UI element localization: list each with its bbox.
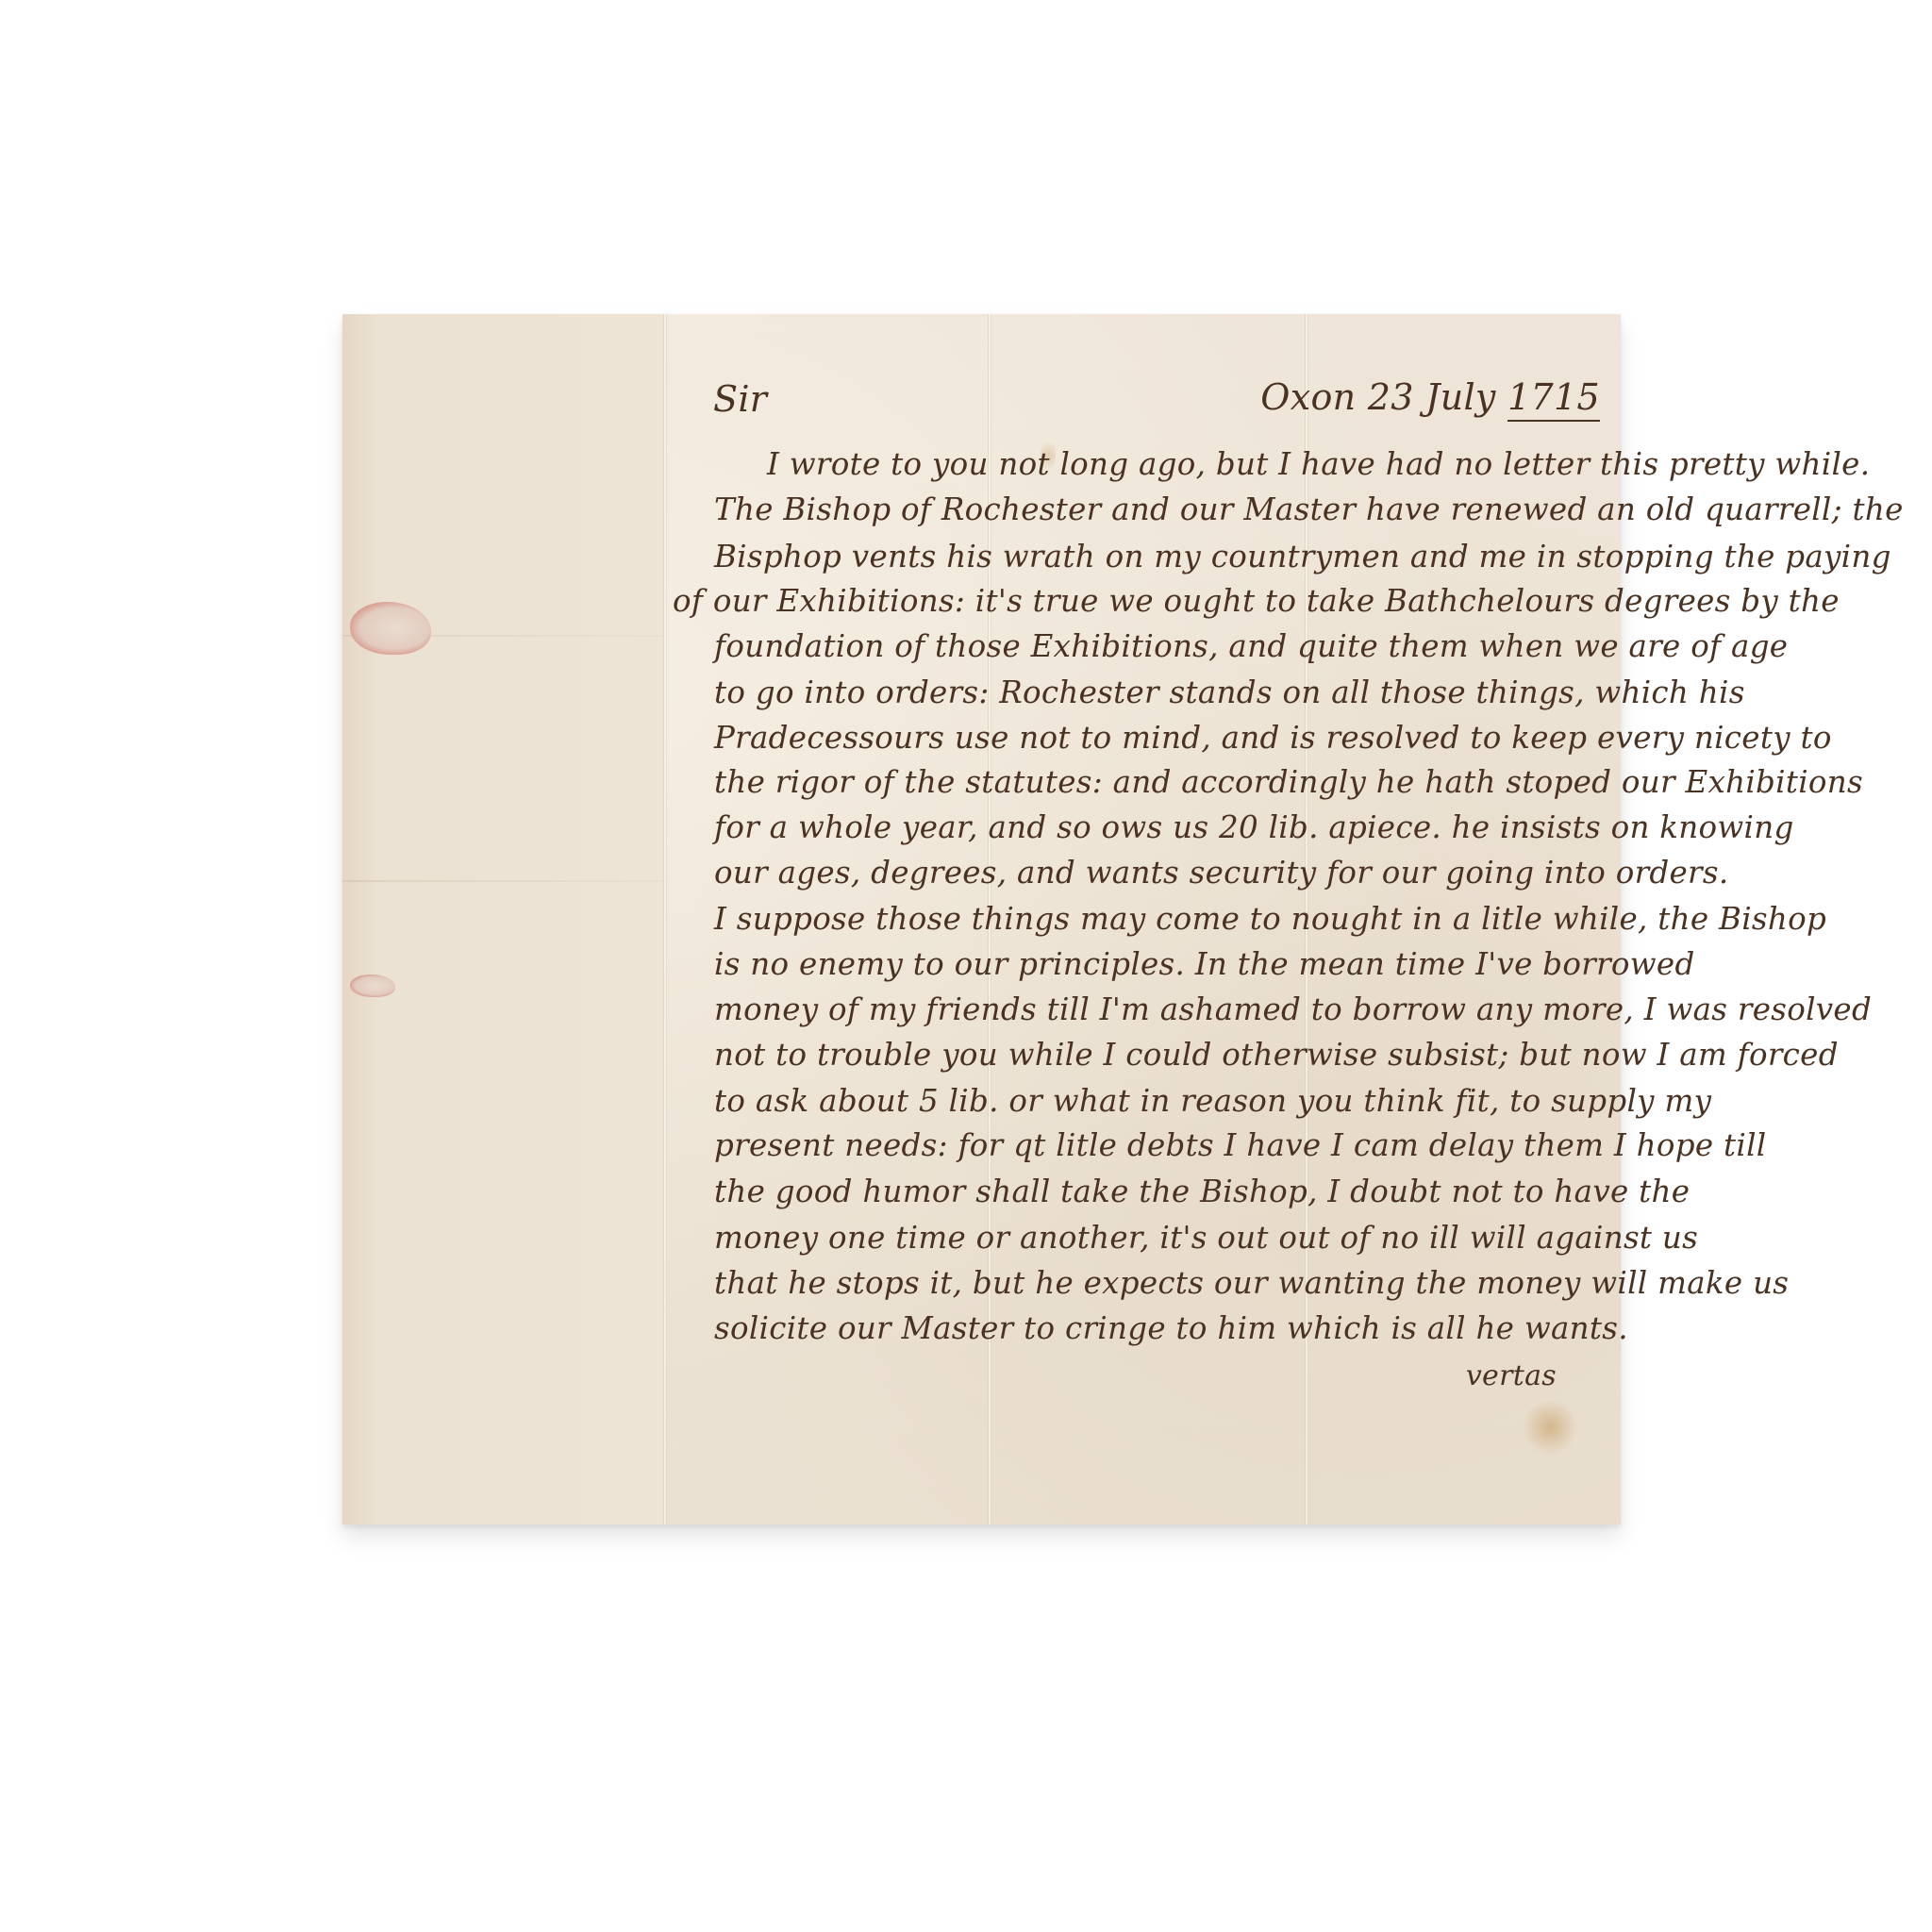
- ink-stain: [1522, 1399, 1578, 1456]
- letter-line: The Bishop of Rochester and our Master h…: [714, 491, 1904, 527]
- fold-line: [663, 314, 667, 1524]
- crease-line: [342, 880, 665, 882]
- letter-line: the good humor shall take the Bishop, I …: [714, 1174, 1690, 1209]
- catchword: vertas: [1466, 1359, 1557, 1392]
- letter-line: money one time or another, it's out out …: [714, 1220, 1698, 1256]
- address-panel: [342, 314, 665, 1524]
- letter-line: the rigor of the statutes: and according…: [714, 764, 1863, 800]
- month: July: [1425, 376, 1496, 418]
- letter-line: present needs: for qt litle debts I have…: [714, 1127, 1767, 1163]
- letter-line: Bisphop vents his wrath on my countrymen…: [714, 539, 1891, 575]
- place-date: Oxon 23 July 1715: [1260, 376, 1600, 418]
- letter-line: solicite our Master to cringe to him whi…: [714, 1310, 1628, 1346]
- letter-line: to go into orders: Rochester stands on a…: [714, 675, 1745, 710]
- letter-line: I wrote to you not long ago, but I have …: [767, 446, 1870, 482]
- letter-sheet: Sir Oxon 23 July 1715 I wrote to you not…: [342, 314, 1621, 1524]
- year: 1715: [1507, 376, 1600, 422]
- letter-line: that he stops it, but he expects our wan…: [714, 1265, 1789, 1301]
- day: 23: [1368, 376, 1414, 418]
- letter-line: I suppose those things may come to nough…: [714, 901, 1826, 937]
- place: Oxon: [1260, 376, 1356, 418]
- letter-line: our ages, degrees, and wants security fo…: [714, 855, 1729, 891]
- letter-line: is no enemy to our principles. In the me…: [714, 946, 1695, 982]
- letter-line: Pradecessours use not to mind, and is re…: [714, 720, 1832, 756]
- wax-seal-remnant: [350, 974, 395, 997]
- letter-line: foundation of those Exhibitions, and qui…: [714, 628, 1788, 664]
- letter-line: to ask about 5 lib. or what in reason yo…: [714, 1083, 1711, 1119]
- letter-line: of our Exhibitions: it's true we ought t…: [673, 583, 1840, 619]
- letter-line: not to trouble you while I could otherwi…: [714, 1037, 1839, 1073]
- letter-line: for a whole year, and so ows us 20 lib. …: [714, 809, 1794, 845]
- letter-line: money of my friends till I'm ashamed to …: [714, 991, 1872, 1027]
- salutation: Sir: [713, 378, 767, 420]
